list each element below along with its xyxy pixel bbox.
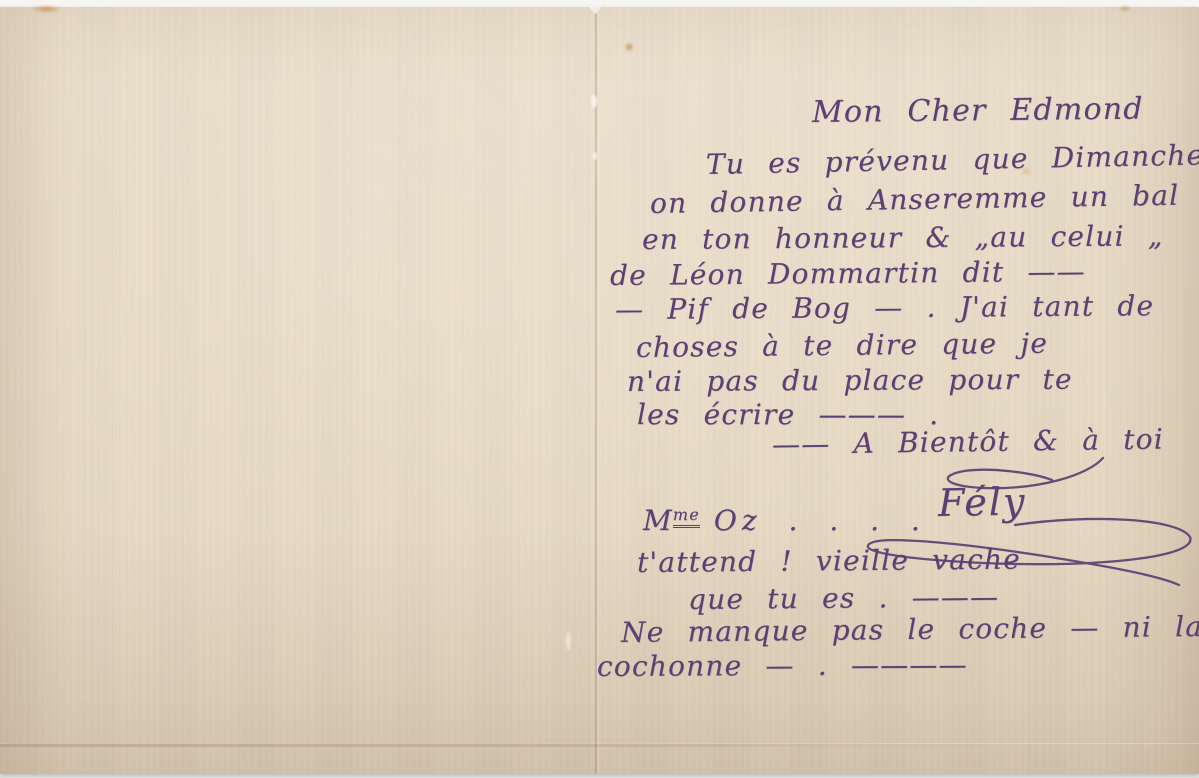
body-line: — Pif de Bog — . J'ai tant de (615, 289, 1154, 326)
body-line: de Léon Dommartin dit —— (610, 255, 1086, 292)
paper-nick (593, 152, 597, 160)
paper-nick (591, 95, 597, 108)
rust-stain (1118, 5, 1132, 12)
body-line: en ton honneur & „au celui „ (642, 219, 1164, 256)
addressee-initial: M (643, 504, 673, 537)
paper-tear-notch (588, 6, 602, 14)
addressee-superscript: me (673, 505, 700, 528)
postscript-addressee: MmeOz . . . . (643, 504, 925, 537)
body-line: on donne à Anseremme un bal (650, 179, 1180, 220)
body-line: Tu es prévenu que Dimanche (706, 138, 1199, 181)
signature: Fély (938, 479, 1027, 525)
rust-stain (624, 42, 634, 52)
postscript-line: que tu es . ——— (688, 580, 1000, 616)
rust-stain (30, 5, 62, 13)
body-line: n'ai pas du place pour te (627, 363, 1073, 398)
addressee-rest: Oz . . . . (714, 504, 925, 537)
closing-line: —— A Bientôt & à toi (772, 423, 1164, 461)
postscript-line: Ne manque pas le coche — ni la (621, 610, 1199, 649)
salutation-line: Mon Cher Edmond (812, 92, 1144, 130)
postscript-line: cochonne — . ———— (597, 648, 968, 683)
body-line: choses à te dire que je (636, 327, 1048, 364)
horizontal-fold-crease (0, 743, 1199, 747)
paper-nick (566, 632, 571, 650)
letter-paper: Mon Cher Edmond Tu es prévenu que Dimanc… (0, 7, 1199, 774)
postscript-line: t'attend ! vieille vache (637, 543, 1021, 579)
